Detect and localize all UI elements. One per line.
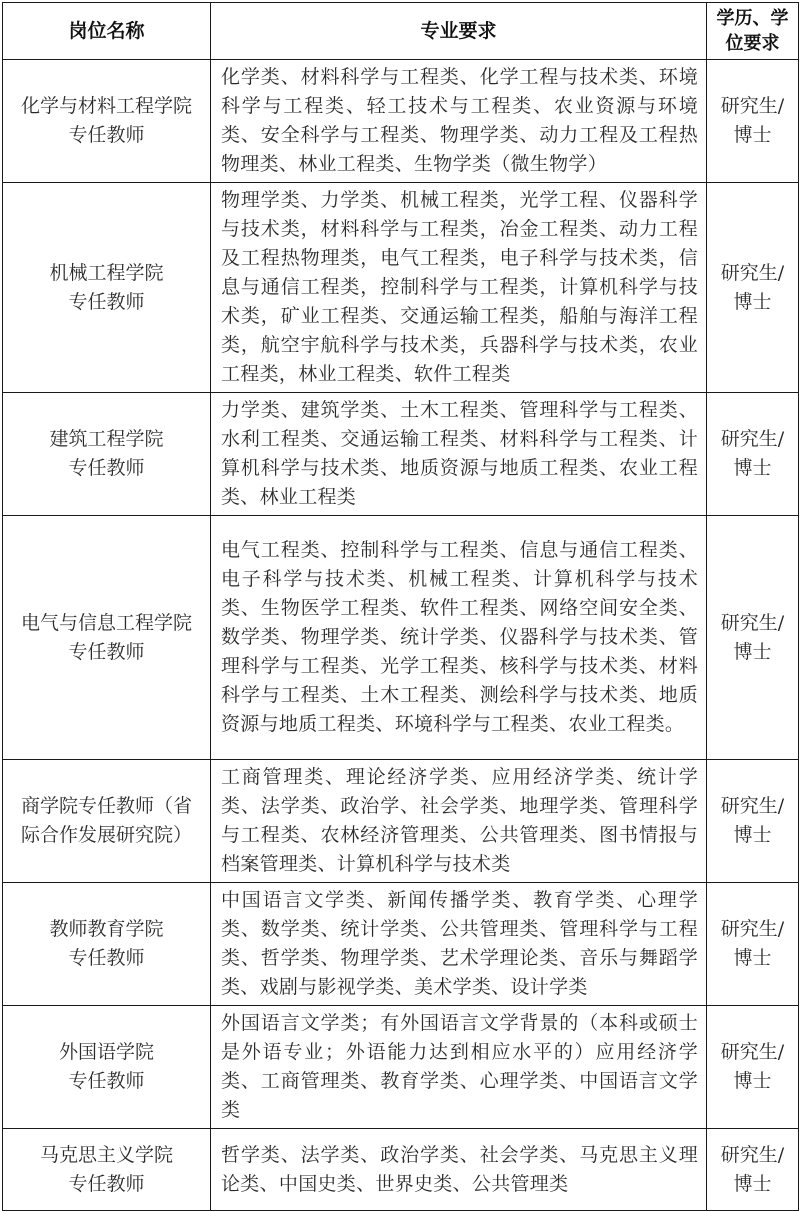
position-line: 专任教师 (68, 457, 144, 479)
major-cell: 外国语言文学类；有外国语言文学背景的（本科或硕士是外语专业；外语能力达到相应水平… (211, 1006, 707, 1129)
table-row: 电气与信息工程学院专任教师 电气工程类、控制科学与工程类、信息与通信工程类、电子… (3, 516, 799, 760)
degree-line: 博士 (733, 947, 771, 969)
table-row: 外国语学院专任教师 外国语言文学类；有外国语言文学背景的（本科或硕士是外语专业；… (3, 1006, 799, 1129)
degree-cell: 研究生/博士 (707, 516, 799, 760)
position-line: 建筑工程学院 (49, 428, 163, 450)
degree-line: 研究生/ (721, 1041, 784, 1063)
degree-line: 博士 (733, 824, 771, 846)
degree-cell: 研究生/博士 (707, 1006, 799, 1129)
table-row: 商学院专任教师（省际合作发展研究院） 工商管理类、理论经济学类、应用经济学类、统… (3, 760, 799, 883)
position-cell: 商学院专任教师（省际合作发展研究院） (3, 760, 211, 883)
position-line: 专任教师 (68, 124, 144, 146)
table-row: 马克思主义学院专任教师 哲学类、法学类、政治学类、社会学类、马克思主义理论类、中… (3, 1129, 799, 1191)
position-line: 际合作发展研究院） (21, 824, 192, 846)
table-row: 机械工程学院专任教师 物理学类、力学类、机械工程类，光学工程、仪器科学与技术类，… (3, 183, 799, 393)
recruitment-table: 岗位名称 专业要求 学历、学位要求 化学与材料工程学院专任教师 化学类、材料科学… (2, 2, 799, 1190)
position-line: 外国语学院 (59, 1041, 154, 1063)
position-cell: 化学与材料工程学院专任教师 (3, 60, 211, 183)
position-cell: 建筑工程学院专任教师 (3, 393, 211, 516)
position-line: 专任教师 (68, 641, 144, 663)
degree-line: 博士 (733, 1173, 771, 1191)
degree-line: 研究生/ (721, 918, 784, 940)
position-line: 专任教师 (68, 947, 144, 969)
position-line: 马克思主义学院 (40, 1144, 173, 1166)
position-cell: 外国语学院专任教师 (3, 1006, 211, 1129)
degree-line: 研究生/ (721, 262, 784, 284)
degree-line: 博士 (733, 124, 771, 146)
table-row: 化学与材料工程学院专任教师 化学类、材料科学与工程类、化学工程与技术类、环境科学… (3, 60, 799, 183)
position-line: 化学与材料工程学院 (21, 95, 192, 117)
degree-line: 研究生/ (721, 95, 784, 117)
degree-cell: 研究生/博士 (707, 883, 799, 1006)
degree-line: 研究生/ (721, 612, 784, 634)
header-row: 岗位名称 专业要求 学历、学位要求 (3, 3, 799, 60)
position-line: 专任教师 (68, 1070, 144, 1092)
major-cell: 中国语言文学类、新闻传播学类、教育学类、心理学类、数学类、统计学类、公共管理类、… (211, 883, 707, 1006)
degree-cell: 研究生/博士 (707, 183, 799, 393)
table-row: 教师教育学院专任教师 中国语言文学类、新闻传播学类、教育学类、心理学类、数学类、… (3, 883, 799, 1006)
degree-line: 研究生/ (721, 1144, 784, 1166)
degree-line: 博士 (733, 291, 771, 313)
degree-line: 研究生/ (721, 428, 784, 450)
position-cell: 机械工程学院专任教师 (3, 183, 211, 393)
degree-line: 研究生/ (721, 795, 784, 817)
major-cell: 工商管理类、理论经济学类、应用经济学类、统计学类、法学类、政治学、社会学类、地理… (211, 760, 707, 883)
major-cell: 电气工程类、控制科学与工程类、信息与通信工程类、电子科学与技术类、机械工程类、计… (211, 516, 707, 760)
position-cell: 马克思主义学院专任教师 (3, 1129, 211, 1191)
position-line: 教师教育学院 (49, 918, 163, 940)
major-cell: 哲学类、法学类、政治学类、社会学类、马克思主义理论类、中国史类、世界史类、公共管… (211, 1129, 707, 1191)
position-line: 专任教师 (68, 1173, 144, 1191)
degree-cell: 研究生/博士 (707, 393, 799, 516)
header-degree: 学历、学位要求 (707, 3, 799, 60)
degree-line: 博士 (733, 1070, 771, 1092)
major-cell: 物理学类、力学类、机械工程类，光学工程、仪器科学与技术类，材料科学与工程类，冶金… (211, 183, 707, 393)
major-cell: 力学类、建筑学类、土木工程类、管理科学与工程类、水利工程类、交通运输工程类、材料… (211, 393, 707, 516)
major-cell: 化学类、材料科学与工程类、化学工程与技术类、环境科学与工程类、轻工技术与工程类、… (211, 60, 707, 183)
position-line: 机械工程学院 (49, 262, 163, 284)
position-cell: 电气与信息工程学院专任教师 (3, 516, 211, 760)
header-major: 专业要求 (211, 3, 707, 60)
header-position: 岗位名称 (3, 3, 211, 60)
degree-cell: 研究生/博士 (707, 760, 799, 883)
degree-line: 博士 (733, 641, 771, 663)
degree-line: 博士 (733, 457, 771, 479)
table-row: 建筑工程学院专任教师 力学类、建筑学类、土木工程类、管理科学与工程类、水利工程类… (3, 393, 799, 516)
degree-cell: 研究生/博士 (707, 60, 799, 183)
degree-cell: 研究生/博士 (707, 1129, 799, 1191)
position-line: 专任教师 (68, 291, 144, 313)
position-cell: 教师教育学院专任教师 (3, 883, 211, 1006)
position-line: 商学院专任教师（省 (21, 795, 192, 817)
position-line: 电气与信息工程学院 (21, 612, 192, 634)
